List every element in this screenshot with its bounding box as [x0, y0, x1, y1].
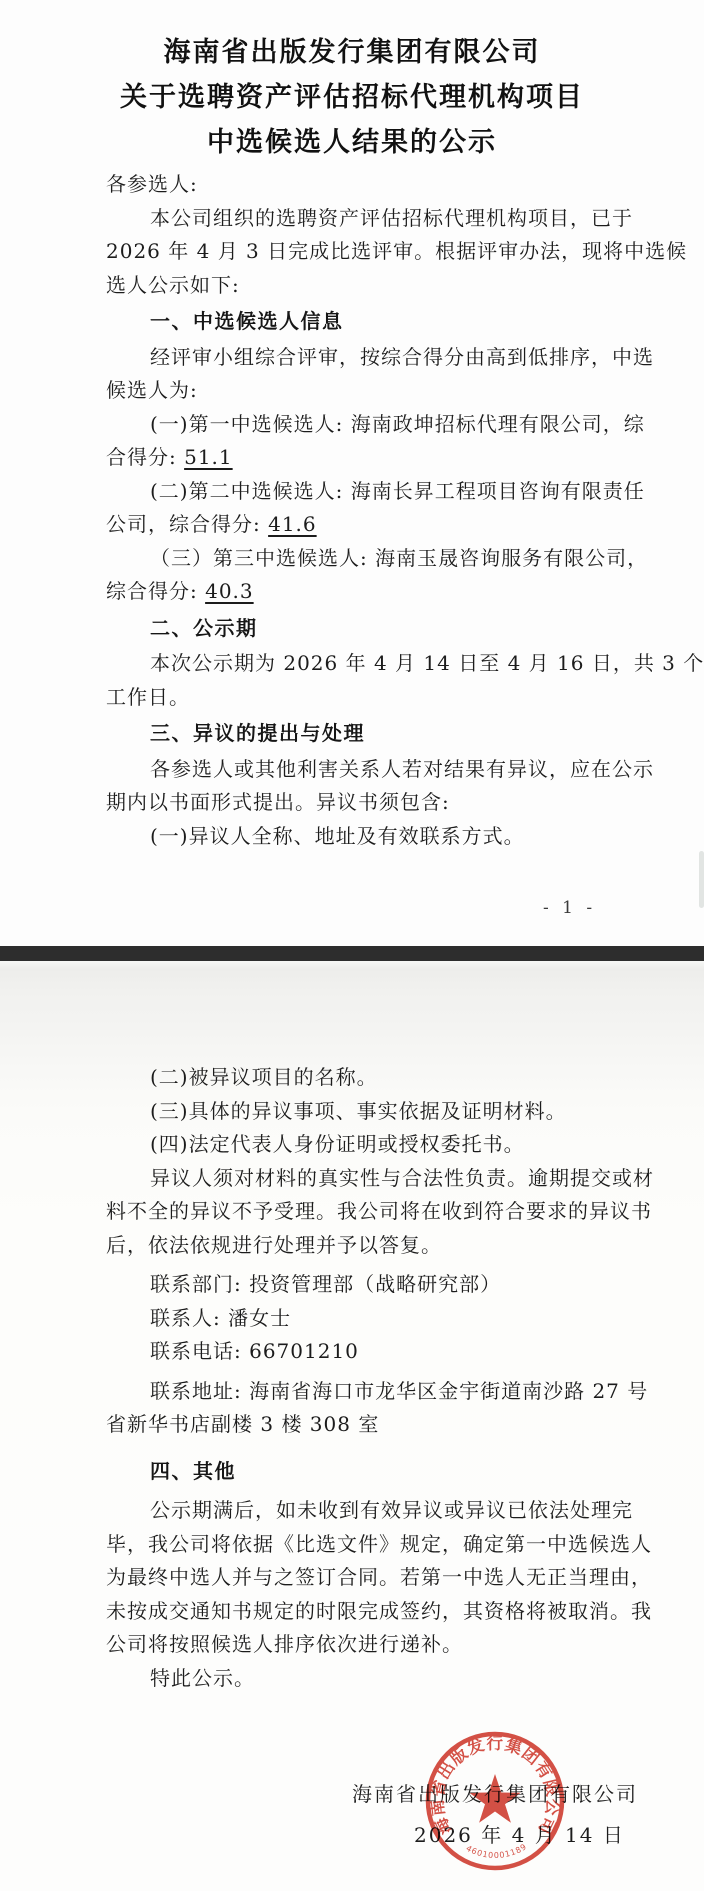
score-label: 综合得分: — [106, 579, 205, 603]
document-page-2: (二)被异议项目的名称。(三)具体的异议事项、事实依据及证明材料。(四)法定代表… — [0, 961, 704, 1891]
document-line: 综合得分: 40.3 — [106, 575, 614, 609]
document-line: (三)具体的异议事项、事实依据及证明材料。 — [106, 1095, 614, 1129]
document-line: 省新华书店副楼 3 楼 308 室 — [106, 1408, 614, 1442]
document-line: 联系地址: 海南省海口市龙华区金宇街道南沙路 27 号 — [106, 1375, 614, 1409]
section-heading: 三、异议的提出与处理 — [106, 717, 614, 751]
title-line-3: 中选候选人结果的公示 — [0, 120, 704, 165]
document-line: (一)第一中选候选人: 海南政坤招标代理有限公司，综 — [106, 408, 614, 442]
section-heading: 四、其他 — [106, 1455, 614, 1489]
document-line: 特此公示。 — [106, 1662, 614, 1696]
document-line: 公司，综合得分: 41.6 — [106, 508, 614, 542]
document-line: 候选人为: — [106, 374, 614, 408]
document-line: 经评审小组综合评审，按综合得分由高到低排序，中选 — [106, 341, 614, 375]
title-line-1: 海南省出版发行集团有限公司 — [0, 30, 704, 75]
document-line: 各参选人或其他利害关系人若对结果有异议，应在公示 — [106, 753, 614, 787]
section-heading: 一、中选候选人信息 — [106, 305, 614, 339]
official-seal: 海南省出版发行集团有限公司 46010001189120 — [421, 1727, 569, 1875]
document-line: 毕，我公司将依据《比选文件》规定，确定第一中选候选人 — [106, 1528, 614, 1562]
seal-star-icon — [469, 1774, 520, 1823]
document-line: 各参选人: — [106, 168, 614, 202]
document-line: 异议人须对材料的真实性与合法性负责。逾期提交或材 — [106, 1162, 614, 1196]
score-value: 51.1 — [184, 445, 233, 469]
document-line: 联系电话: 66701210 — [106, 1335, 614, 1369]
score-label: 公司，综合得分: — [106, 512, 268, 536]
document-line: 本次公示期为 2026 年 4 月 14 日至 4 月 16 日，共 3 个 — [106, 647, 614, 681]
score-value: 41.6 — [268, 512, 317, 536]
section-heading: 二、公示期 — [106, 612, 614, 646]
document-line: (一)异议人全称、地址及有效联系方式。 — [106, 820, 614, 854]
document-line: 联系人: 潘女士 — [106, 1302, 614, 1336]
document-line: 本公司组织的选聘资产评估招标代理机构项目，已于 — [106, 202, 614, 236]
document-line: (四)法定代表人身份证明或授权委托书。 — [106, 1128, 614, 1162]
document-line: 未按成交通知书规定的时限完成签约，其资格将被取消。我 — [106, 1595, 614, 1629]
document-line: 料不全的异议不予受理。我公司将在收到符合要求的异议书 — [106, 1195, 614, 1229]
page2-body-text: (二)被异议项目的名称。(三)具体的异议事项、事实依据及证明材料。(四)法定代表… — [106, 1061, 614, 1695]
document-line: 公司将按照候选人排序依次进行递补。 — [106, 1628, 614, 1662]
page-separator-band — [0, 946, 704, 961]
document-line: 工作日。 — [106, 681, 614, 715]
score-label: 合得分: — [106, 445, 184, 469]
document-line: 为最终中选人并与之签订合同。若第一中选人无正当理由， — [106, 1561, 614, 1595]
title-line-2: 关于选聘资产评估招标代理机构项目 — [0, 75, 704, 120]
page1-body-text: 各参选人:本公司组织的选聘资产评估招标代理机构项目，已于2026 年 4 月 3… — [106, 168, 614, 853]
document-title: 海南省出版发行集团有限公司 关于选聘资产评估招标代理机构项目 中选候选人结果的公… — [0, 0, 704, 165]
document-line: (二)第二中选候选人: 海南长昇工程项目咨询有限责任 — [106, 475, 614, 509]
document-line: (二)被异议项目的名称。 — [106, 1061, 614, 1095]
document-line: 选人公示如下: — [106, 269, 614, 303]
score-value: 40.3 — [205, 579, 254, 603]
document-line: 合得分: 51.1 — [106, 441, 614, 475]
document-line: （三）第三中选候选人: 海南玉晟咨询服务有限公司， — [106, 542, 614, 576]
document-line: 后，依法依规进行处理并予以答复。 — [106, 1229, 614, 1263]
document-line: 期内以书面形式提出。异议书须包含: — [106, 786, 614, 820]
document-line: 2026 年 4 月 3 日完成比选评审。根据评审办法，现将中选候 — [106, 235, 614, 269]
document-line: 公示期满后，如未收到有效异议或异议已依法处理完 — [106, 1494, 614, 1528]
page-number: - 1 - — [543, 898, 596, 918]
scrollbar-thumb[interactable] — [699, 851, 704, 908]
document-page-1: 海南省出版发行集团有限公司 关于选聘资产评估招标代理机构项目 中选候选人结果的公… — [0, 0, 704, 946]
document-line: 联系部门: 投资管理部（战略研究部） — [106, 1268, 614, 1302]
